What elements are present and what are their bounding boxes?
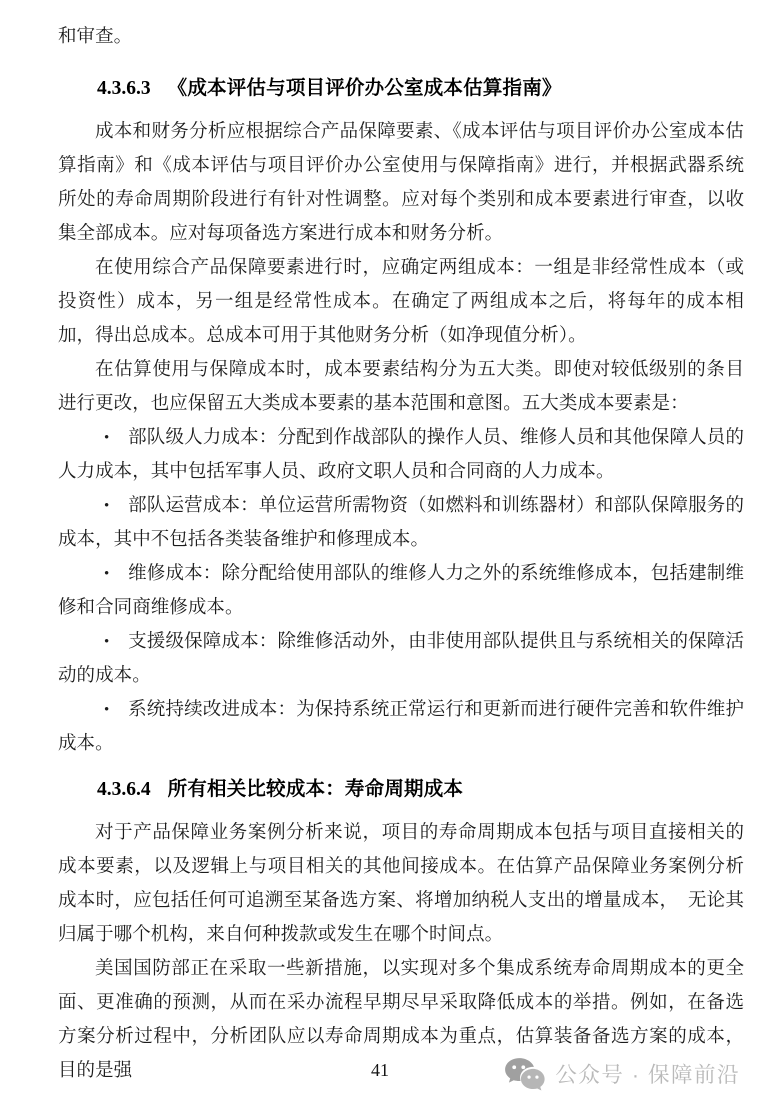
bullet-icon: • (104, 693, 113, 727)
bullet-text: 支援级保障成本：除维修活动外，由非使用部队提供且与系统相关的保障活动的成本。 (58, 632, 744, 686)
bullet-text: 部队运营成本：单位运营所需物资（如燃料和训练器材）和部队保障服务的成本，其中不包… (58, 496, 744, 550)
bullet-item-maintenance-cost: •维修成本：除分配给使用部队的维修人力之外的系统维修成本，包括建制维修和合同商维… (58, 557, 744, 625)
section-title: 《成本评估与项目评价办公室成本估算指南》 (168, 78, 562, 99)
watermark-text: 公众号 · 保障前沿 (555, 1057, 740, 1093)
bullet-item-unit-manpower-cost: •部队级人力成本：分配到作战部队的操作人员、维修人员和其他保障人员的人力成本，其… (58, 421, 744, 489)
paragraph-life-cycle-cost: 对于产品保障业务案例分析来说，项目的寿命周期成本包括与项目直接相关的成本要素，以… (58, 816, 744, 952)
wechat-icon (504, 1057, 546, 1093)
paragraph-continuation: 和审查。 (58, 20, 744, 54)
bullet-item-sustaining-support-cost: •支援级保障成本：除维修活动外，由非使用部队提供且与系统相关的保障活动的成本。 (58, 625, 744, 693)
section-number: 4.3.6.3 (97, 78, 151, 99)
bullet-icon: • (104, 625, 113, 659)
document-page: 和审查。 4.3.6.3《成本评估与项目评价办公室成本估算指南》 成本和财务分析… (0, 0, 760, 1106)
bullet-icon: • (104, 489, 113, 523)
bullet-text: 部队级人力成本：分配到作战部队的操作人员、维修人员和其他保障人员的人力成本，其中… (58, 428, 744, 482)
paragraph-two-cost-groups: 在使用综合产品保障要素进行时，应确定两组成本：一组是非经常性成本（或投资性）成本… (58, 251, 744, 353)
bullet-icon: • (104, 557, 113, 591)
bullet-item-unit-operations-cost: •部队运营成本：单位运营所需物资（如燃料和训练器材）和部队保障服务的成本，其中不… (58, 489, 744, 557)
watermark: 公众号 · 保障前沿 (504, 1057, 740, 1093)
bullet-item-continuing-improvement-cost: •系统持续改进成本：为保持系统正常运行和更新而进行硬件完善和软件维护成本。 (58, 693, 744, 761)
paragraph-cost-financial-analysis: 成本和财务分析应根据综合产品保障要素、《成本评估与项目评价办公室成本估算指南》和… (58, 115, 744, 251)
paragraph-five-cost-categories: 在估算使用与保障成本时，成本要素结构分为五大类。即使对较低级别的条目进行更改，也… (58, 353, 744, 421)
section-number: 4.3.6.4 (97, 779, 151, 800)
section-heading-4-3-6-3: 4.3.6.3《成本评估与项目评价办公室成本估算指南》 (58, 72, 744, 106)
page-content: 和审查。 4.3.6.3《成本评估与项目评价办公室成本估算指南》 成本和财务分析… (0, 0, 760, 1088)
bullet-text: 维修成本：除分配给使用部队的维修人力之外的系统维修成本，包括建制维修和合同商维修… (58, 564, 744, 618)
bullet-text: 系统持续改进成本：为保持系统正常运行和更新而进行硬件完善和软件维护成本。 (58, 700, 744, 754)
bullet-icon: • (104, 421, 113, 455)
section-heading-4-3-6-4: 4.3.6.4所有相关比较成本：寿命周期成本 (58, 773, 744, 807)
section-title: 所有相关比较成本：寿命周期成本 (168, 779, 464, 800)
